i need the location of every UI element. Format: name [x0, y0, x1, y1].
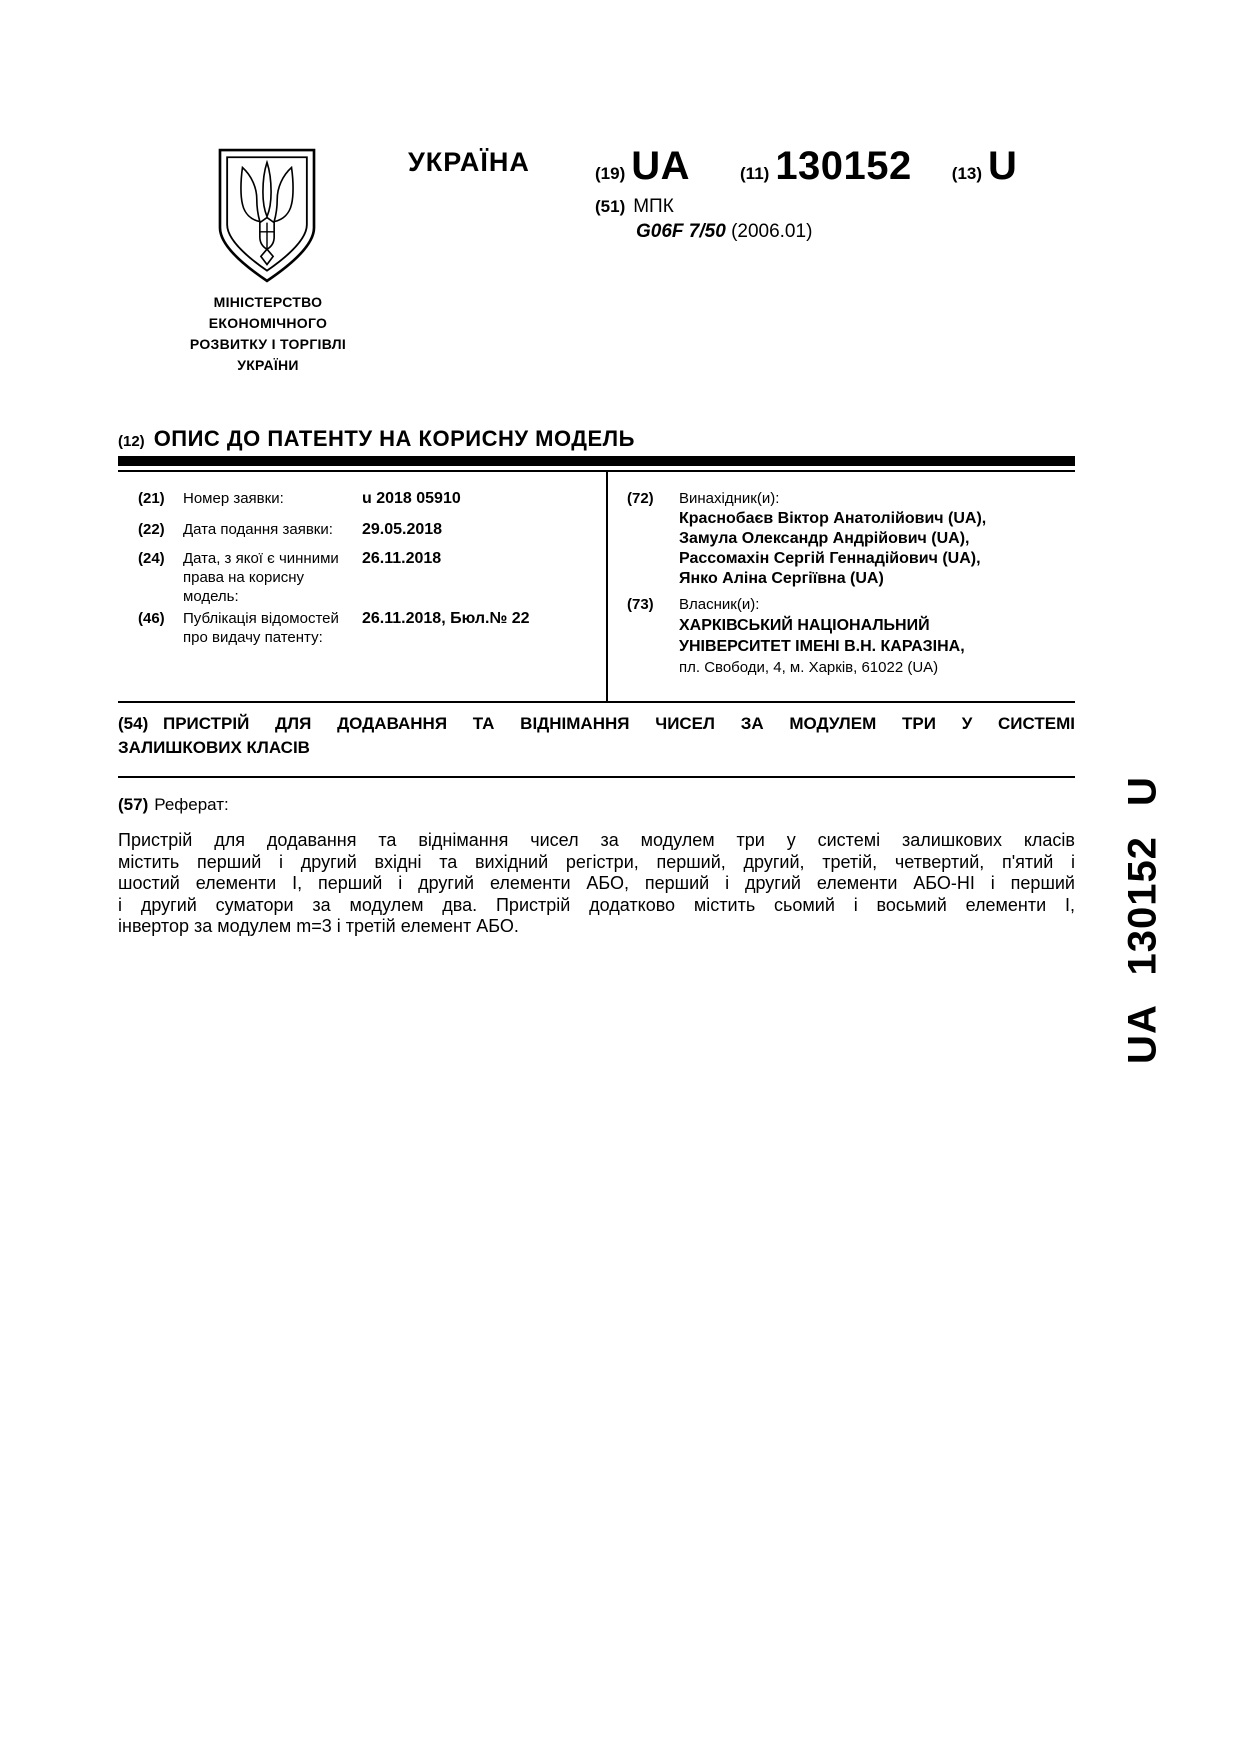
code-19-label: (19) — [595, 164, 625, 184]
invention-title-block: (54) ПРИСТРІЙ ДЛЯ ДОДАВАННЯ ТА ВІДНІМАНН… — [118, 712, 1075, 760]
code-13-label: (13) — [952, 164, 982, 184]
filing-date-label: Дата подання заявки: — [183, 520, 362, 539]
ministry-name-line: РОЗВИТКУ І ТОРГІВЛІ — [168, 334, 368, 355]
owner-name: ХАРКІВСЬКИЙ НАЦІОНАЛЬНИЙУНІВЕРСИТЕТ ІМЕН… — [679, 615, 1075, 657]
owner-row: (73) Власник(и): ХАРКІВСЬКИЙ НАЦІОНАЛЬНИ… — [608, 595, 1075, 678]
code-22-label: (22) — [138, 520, 183, 539]
inventor-name: Краснобаєв Віктор Анатолійович (UA), — [679, 509, 1075, 529]
code-24-label: (24) — [138, 549, 183, 606]
code-73-label: (73) — [627, 595, 679, 678]
divider-bar-thick — [118, 456, 1075, 466]
application-number-value: u 2018 05910 — [362, 489, 606, 508]
owner-name-line: ХАРКІВСЬКИЙ НАЦІОНАЛЬНИЙ — [679, 615, 1075, 636]
country-title: УКРАЇНА — [408, 147, 530, 178]
ipc-label: МПК — [633, 196, 674, 217]
publication-value: 26.11.2018, Бюл.№ 22 — [362, 609, 606, 647]
abstract-line: і другий суматори за модулем два. Пристр… — [118, 895, 1075, 917]
abstract-heading: (57)Реферат: — [118, 795, 229, 815]
ukraine-trident-emblem-icon — [211, 146, 323, 286]
code-57-label: (57) — [118, 795, 148, 814]
inventor-name: Рассомахін Сергій Геннадійович (UA), — [679, 549, 1075, 569]
kind-code: U — [988, 146, 1017, 186]
abstract-text: Пристрій для додавання та віднімання чис… — [118, 830, 1075, 938]
inventors-label: Винахідник(и): — [679, 489, 1075, 509]
code-72-label: (72) — [627, 489, 679, 589]
ministry-name-line: ЕКОНОМІЧНОГО — [168, 313, 368, 334]
filing-date-row: (22) Дата подання заявки: 29.05.2018 — [118, 520, 606, 539]
ipc-header: (51)МПК — [595, 196, 674, 218]
biblio-left-column: (21) Номер заявки: u 2018 05910 (22) Дат… — [118, 489, 606, 647]
divider-rule — [118, 776, 1075, 778]
code-21-label: (21) — [138, 489, 183, 508]
effective-date-label: Дата, з якої є чиннимиправа на кориснумо… — [183, 549, 362, 606]
ministry-name-line: МІНІСТЕРСТВО — [168, 292, 368, 313]
abstract-line: шостий елементи І, перший і другий елеме… — [118, 873, 1075, 895]
bibliographic-table: (21) Номер заявки: u 2018 05910 (22) Дат… — [118, 472, 1075, 703]
owner-name-line: УНІВЕРСИТЕТ ІМЕНІ В.Н. КАРАЗІНА, — [679, 636, 1075, 657]
owner-address: пл. Свободи, 4, м. Харків, 61022 (UA) — [679, 657, 1075, 678]
code-46-label: (46) — [138, 609, 183, 647]
ipc-classification: G06F 7/50 (2006.01) — [636, 221, 812, 243]
abstract-line: Пристрій для додавання та віднімання чис… — [118, 830, 1075, 852]
patent-number: 130152 — [775, 146, 911, 186]
effective-date-row: (24) Дата, з якої є чиннимиправа на кори… — [118, 549, 606, 606]
document-type-heading: (12) ОПИС ДО ПАТЕНТУ НА КОРИСНУ МОДЕЛЬ — [118, 426, 635, 452]
patent-document-page: МІНІСТЕРСТВОЕКОНОМІЧНОГОРОЗВИТКУ І ТОРГІ… — [0, 0, 1240, 1754]
ministry-name-line: УКРАЇНИ — [168, 355, 368, 376]
document-codes: (19) UA (11) 130152 (13) U — [595, 146, 1017, 186]
vertical-publication-code: UA 130152 U — [1121, 776, 1166, 1064]
publication-row: (46) Публікація відомостейпро видачу пат… — [118, 609, 606, 647]
invention-title-line2: ЗАЛИШКОВИХ КЛАСІВ — [118, 736, 1075, 760]
abstract-label: Реферат: — [154, 795, 229, 814]
abstract-line: містить перший і другий вхідні та вихідн… — [118, 852, 1075, 874]
ipc-class-code: G06F 7/50 — [636, 221, 726, 242]
code-12-label: (12) — [118, 433, 145, 450]
publication-label: Публікація відомостейпро видачу патенту: — [183, 609, 362, 647]
code-51-label: (51) — [595, 197, 625, 216]
inventor-name: Янко Аліна Сергіївна (UA) — [679, 569, 1075, 589]
owner-label: Власник(и): — [679, 595, 1075, 615]
application-number-label: Номер заявки: — [183, 489, 362, 508]
biblio-right-column: (72) Винахідник(и): Краснобаєв Віктор Ан… — [608, 489, 1075, 678]
application-number-row: (21) Номер заявки: u 2018 05910 — [118, 489, 606, 508]
code-11-label: (11) — [740, 164, 769, 184]
code-54-label: (54) — [118, 712, 163, 736]
document-type-title: ОПИС ДО ПАТЕНТУ НА КОРИСНУ МОДЕЛЬ — [154, 426, 635, 452]
ministry-name: МІНІСТЕРСТВОЕКОНОМІЧНОГОРОЗВИТКУ І ТОРГІ… — [168, 292, 368, 376]
inventor-name: Замула Олександр Андрійович (UA), — [679, 529, 1075, 549]
code-19-value: UA — [631, 146, 690, 186]
ipc-class-version: (2006.01) — [731, 221, 812, 242]
effective-date-value: 26.11.2018 — [362, 549, 606, 606]
filing-date-value: 29.05.2018 — [362, 520, 606, 539]
invention-title-line1: ПРИСТРІЙ ДЛЯ ДОДАВАННЯ ТА ВІДНІМАННЯ ЧИС… — [163, 712, 1075, 736]
abstract-line: інвертор за модулем m=3 і третій елемент… — [118, 916, 1075, 938]
inventors-list: Краснобаєв Віктор Анатолійович (UA),Заму… — [679, 509, 1075, 589]
inventors-row: (72) Винахідник(и): Краснобаєв Віктор Ан… — [608, 489, 1075, 589]
